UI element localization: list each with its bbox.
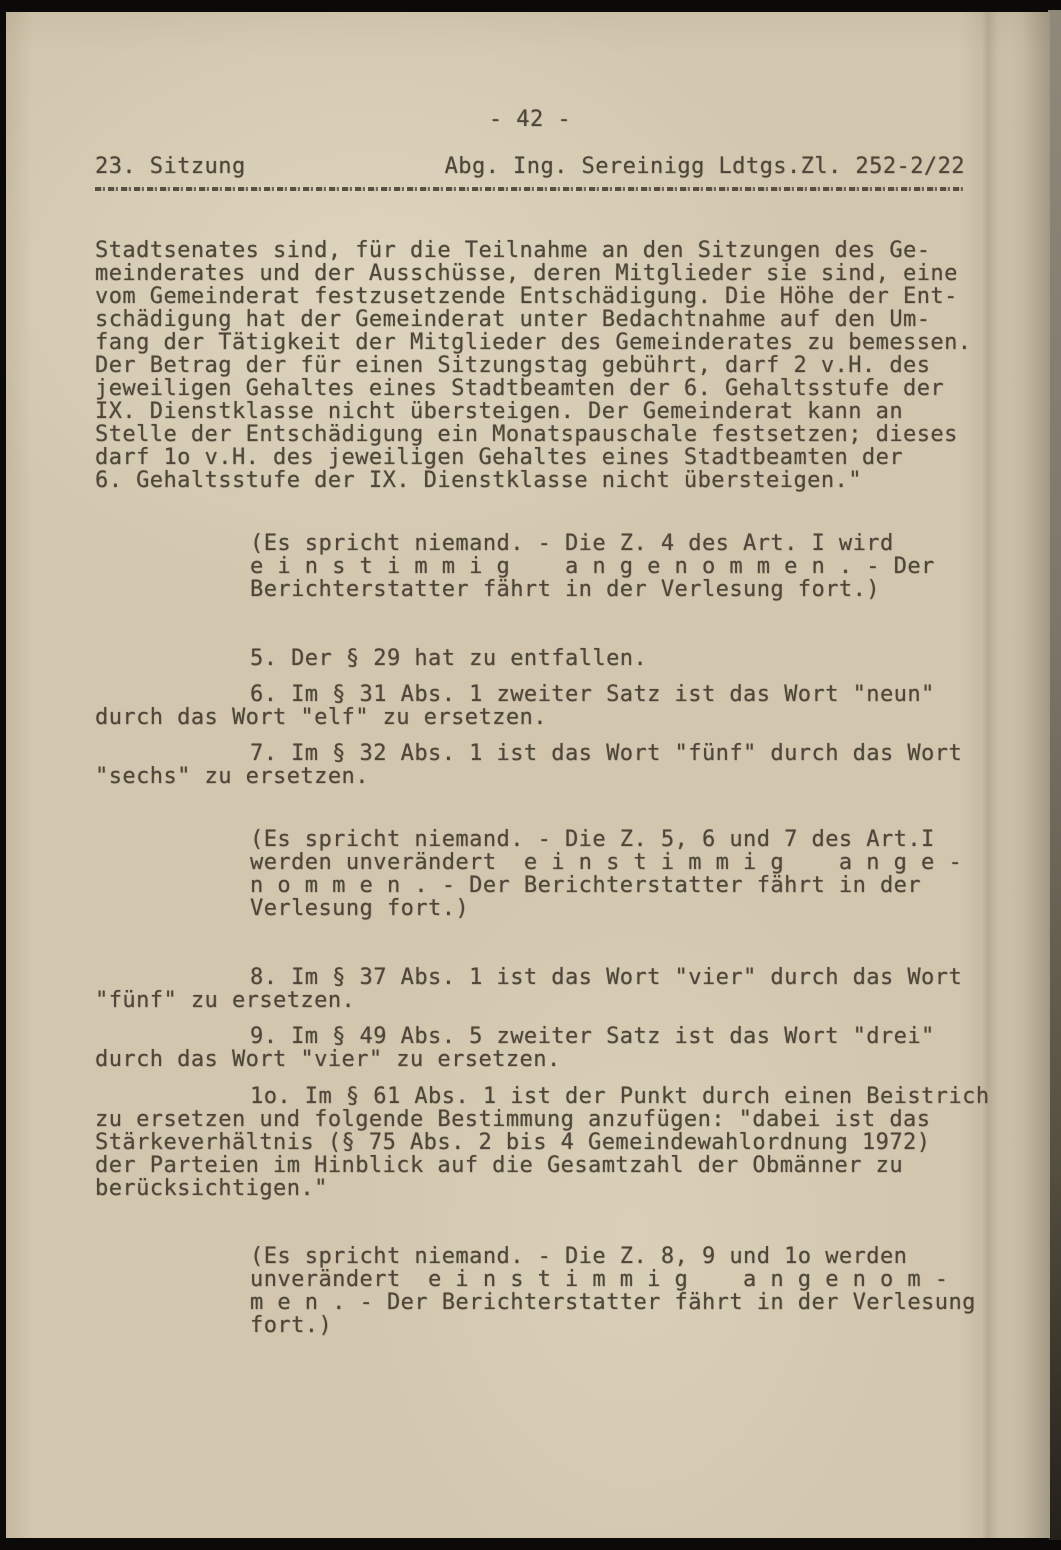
numbered-item-8: 8. Im § 37 Abs. 1 ist das Wort "vier" du… xyxy=(95,966,965,1012)
text-line: zu ersetzen und folgende Bestimmung anzu… xyxy=(95,1108,965,1131)
text-line: Berichterstatter fährt in der Verlesung … xyxy=(250,578,965,601)
text-line: 7. Im § 32 Abs. 1 ist das Wort "fünf" du… xyxy=(95,742,965,765)
text-line: fort.) xyxy=(250,1314,965,1337)
text-line: IX. Dienstklasse nicht übersteigen. Der … xyxy=(95,400,965,423)
text-line: m e n . - Der Berichterstatter fährt in … xyxy=(250,1291,965,1314)
page-header: 23. Sitzung Abg. Ing. Sereinigg Ldtgs.Zl… xyxy=(95,155,965,178)
text-line: vom Gemeinderat festzusetzende Entschädi… xyxy=(95,285,965,308)
text-line: fang der Tätigkeit der Mitglieder des Ge… xyxy=(95,331,965,354)
text-line: meinderates und der Ausschüsse, deren Mi… xyxy=(95,262,965,285)
text-line: Stelle der Entschädigung ein Monatspausc… xyxy=(95,423,965,446)
paragraph-statute-text: Stadtsenates sind, für die Teilnahme an … xyxy=(95,239,965,492)
text-line: werden unverändert e i n s t i m m i g a… xyxy=(250,851,965,874)
page-content: - 42 - 23. Sitzung Abg. Ing. Sereinigg L… xyxy=(95,12,965,1337)
numbered-item-6: 6. Im § 31 Abs. 1 zweiter Satz ist das W… xyxy=(95,683,965,729)
text-line: 9. Im § 49 Abs. 5 zweiter Satz ist das W… xyxy=(95,1025,965,1048)
document-reference: Abg. Ing. Sereinigg Ldtgs.Zl. 252-2/22 xyxy=(445,155,965,178)
text-line: 5. Der § 29 hat zu entfallen. xyxy=(95,647,965,670)
text-line: schädigung hat der Gemeinderat unter Bed… xyxy=(95,308,965,331)
stage-note-2: (Es spricht niemand. - Die Z. 5, 6 und 7… xyxy=(250,828,965,920)
text-line: der Parteien im Hinblick auf die Gesamtz… xyxy=(95,1154,965,1177)
document-page: - 42 - 23. Sitzung Abg. Ing. Sereinigg L… xyxy=(6,12,1050,1538)
text-line: n o m m e n . - Der Berichterstatter fäh… xyxy=(250,874,965,897)
text-line: durch das Wort "elf" zu ersetzen. xyxy=(95,706,965,729)
text-line: 6. Im § 31 Abs. 1 zweiter Satz ist das W… xyxy=(95,683,965,706)
numbered-item-7: 7. Im § 32 Abs. 1 ist das Wort "fünf" du… xyxy=(95,742,965,788)
text-line: (Es spricht niemand. - Die Z. 8, 9 und 1… xyxy=(250,1245,965,1268)
text-line: (Es spricht niemand. - Die Z. 5, 6 und 7… xyxy=(250,828,965,851)
text-line: "fünf" zu ersetzen. xyxy=(95,989,965,1012)
numbered-item-9: 9. Im § 49 Abs. 5 zweiter Satz ist das W… xyxy=(95,1025,965,1071)
text-line: jeweiligen Gehaltes eines Stadtbeamten d… xyxy=(95,377,965,400)
text-line: e i n s t i m m i g a n g e n o m m e n … xyxy=(250,555,965,578)
text-line: darf 1o v.H. des jeweiligen Gehaltes ein… xyxy=(95,446,965,469)
text-line: berücksichtigen." xyxy=(95,1177,965,1200)
text-line: "sechs" zu ersetzen. xyxy=(95,765,965,788)
text-line: Verlesung fort.) xyxy=(250,897,965,920)
text-line: Stadtsenates sind, für die Teilnahme an … xyxy=(95,239,965,262)
dashed-rule xyxy=(95,187,965,191)
text-line: 6. Gehaltsstufe der IX. Dienstklasse nic… xyxy=(95,469,965,492)
numbered-item-10: 1o. Im § 61 Abs. 1 ist der Punkt durch e… xyxy=(95,1085,965,1200)
page-number: - 42 - xyxy=(95,108,965,131)
session-label: 23. Sitzung xyxy=(95,155,246,178)
stage-note-1: (Es spricht niemand. - Die Z. 4 des Art.… xyxy=(250,532,965,601)
text-line: durch das Wort "vier" zu ersetzen. xyxy=(95,1048,965,1071)
text-line: Stärkeverhältnis (§ 75 Abs. 2 bis 4 Geme… xyxy=(95,1131,965,1154)
numbered-item-5: 5. Der § 29 hat zu entfallen. xyxy=(95,647,965,670)
text-line: 1o. Im § 61 Abs. 1 ist der Punkt durch e… xyxy=(95,1085,965,1108)
stage-note-3: (Es spricht niemand. - Die Z. 8, 9 und 1… xyxy=(250,1245,965,1337)
text-line: 8. Im § 37 Abs. 1 ist das Wort "vier" du… xyxy=(95,966,965,989)
text-line: (Es spricht niemand. - Die Z. 4 des Art.… xyxy=(250,532,965,555)
text-line: unverändert e i n s t i m m i g a n g e … xyxy=(250,1268,965,1291)
text-line: Der Betrag der für einen Sitzungstag geb… xyxy=(95,354,965,377)
